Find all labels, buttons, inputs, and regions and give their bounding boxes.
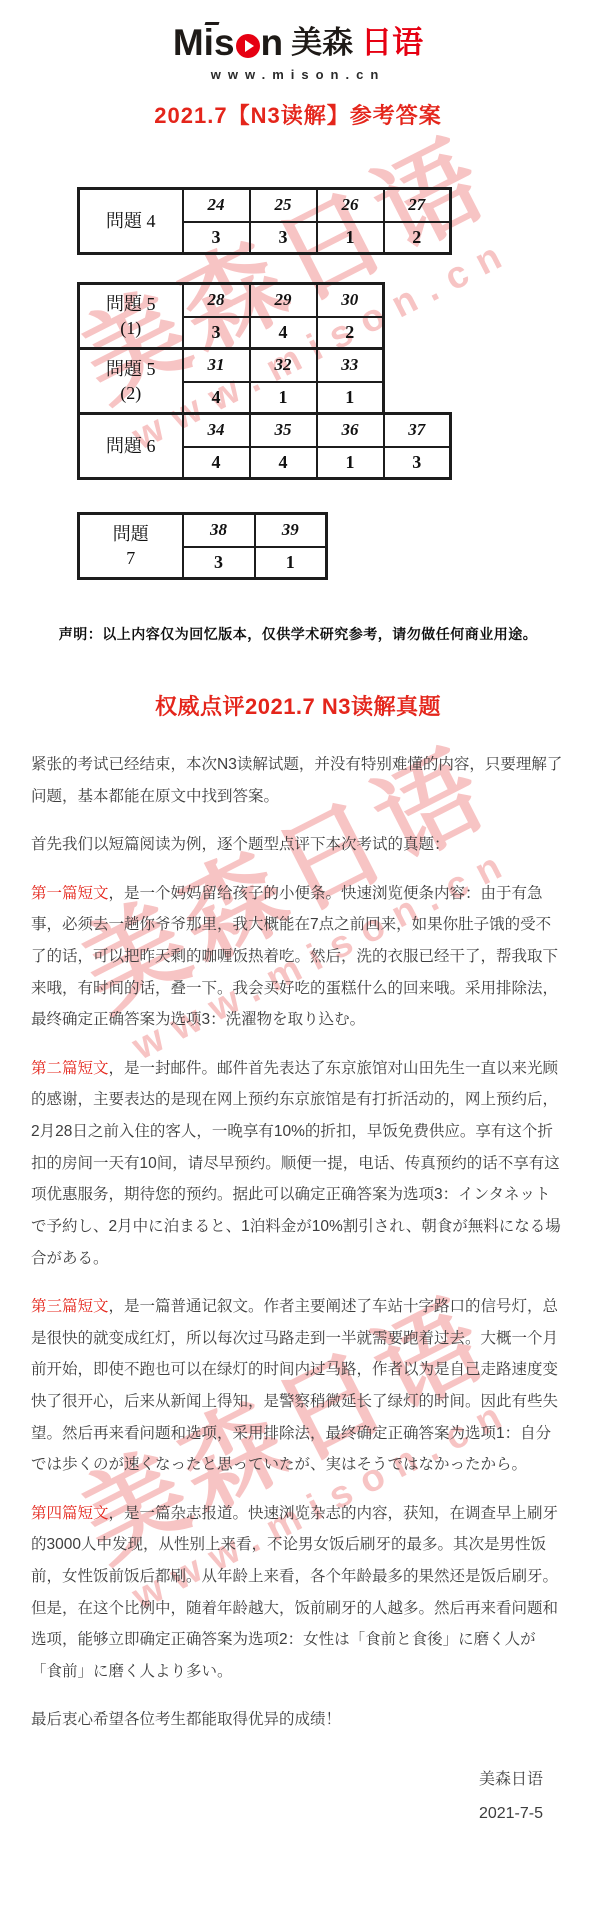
- paragraph-passage-1: 第一篇短文，是一个妈妈留给孩子的小便条。快速浏览便条内容：由于有急事，必须去一趟…: [31, 878, 565, 1036]
- question-cell: 29: [250, 284, 317, 317]
- question-cell: 38: [183, 514, 255, 547]
- passage-1-label: 第一篇短文: [31, 885, 109, 902]
- document-page: 美森日语 www.mison.cn 美森日语 www.mison.cn 美森日语…: [0, 0, 596, 1931]
- question-cell: 39: [255, 514, 327, 547]
- answer-table-q4: 問題 4 24 25 26 27 3 3 1 2: [77, 187, 452, 255]
- table-label: 問題 6: [79, 414, 183, 479]
- page-title: 2021.7【N3读解】参考答案: [0, 99, 596, 130]
- signature-name: 美森日语: [0, 1763, 543, 1797]
- graduation-cap-icon: [204, 22, 219, 25]
- question-cell: 24: [183, 189, 250, 222]
- question-cell: 35: [250, 414, 317, 447]
- paragraph-intro-1: 紧张的考试已经结束，本次N3读解试题，并没有特别难懂的内容，只要理解了问题，基本…: [31, 749, 565, 812]
- answer-cell: 3: [250, 222, 317, 254]
- question-cell: 31: [183, 349, 250, 382]
- question-cell: 27: [384, 189, 451, 222]
- question-cell: 34: [183, 414, 250, 447]
- question-cell: 33: [317, 349, 384, 382]
- answer-cell: 4: [250, 317, 317, 349]
- question-cell: 30: [317, 284, 384, 317]
- answer-cell: 4: [183, 382, 250, 414]
- answer-cell: 1: [317, 222, 384, 254]
- paragraph-passage-3: 第三篇短文，是一篇普通记叙文。作者主要阐述了车站十字路口的信号灯，总是很快的就变…: [31, 1291, 565, 1481]
- logo-cjk-black: 美森: [291, 27, 353, 58]
- passage-2-label: 第二篇短文: [31, 1060, 109, 1077]
- paragraph-intro-2: 首先我们以短篇阅读为例，逐个题型点评下本次考试的真题：: [31, 829, 565, 861]
- table-label: 問題 4: [79, 189, 183, 254]
- answer-cell: 1: [317, 382, 384, 414]
- paragraph-passage-4: 第四篇短文，是一篇杂志报道。快速浏览杂志的内容，获知，在调查早上刷牙的3000人…: [31, 1498, 565, 1688]
- signature-date: 2021-7-5: [0, 1797, 543, 1831]
- paragraph-closing: 最后衷心希望各位考生都能取得优异的成绩！: [31, 1704, 565, 1736]
- answer-cell: 2: [317, 317, 384, 349]
- answer-table-q5-1: 問題 5 (1) 28 29 30 3 4 2: [77, 282, 385, 350]
- question-cell: 32: [250, 349, 317, 382]
- disclaimer-text: 声明：以上内容仅为回忆版本，仅供学术研究参考，请勿做任何商业用途。: [0, 624, 596, 644]
- play-icon: [236, 34, 260, 58]
- brand-logo: Misn 美森日语: [0, 24, 596, 61]
- question-cell: 26: [317, 189, 384, 222]
- table-label: 問題 7: [79, 514, 183, 579]
- question-cell: 28: [183, 284, 250, 317]
- question-cell: 37: [384, 414, 451, 447]
- answer-table-q7: 問題 7 38 39 3 1: [77, 512, 328, 580]
- answer-cell: 3: [183, 317, 250, 349]
- answer-cell: 3: [183, 222, 250, 254]
- answer-cell: 2: [384, 222, 451, 254]
- passage-3-label: 第三篇短文: [31, 1298, 109, 1315]
- logo-wordmark: Misn: [173, 24, 283, 61]
- answer-cell: 3: [183, 547, 255, 579]
- table-label: 問題 5 (1): [79, 284, 183, 349]
- paragraph-passage-2: 第二篇短文，是一封邮件。邮件首先表达了东京旅馆对山田先生一直以来光顾的感谢，主要…: [31, 1053, 565, 1274]
- answer-cell: 4: [250, 447, 317, 479]
- header: Misn 美森日语 www.mison.cn 2021.7【N3读解】参考答案: [0, 0, 596, 130]
- answer-cell: 4: [183, 447, 250, 479]
- answer-cell: 3: [384, 447, 451, 479]
- answer-table-q5-2: 問題 5 (2) 31 32 33 4 1 1: [77, 347, 385, 415]
- answer-cell: 1: [255, 547, 327, 579]
- passage-4-label: 第四篇短文: [31, 1505, 109, 1522]
- table-label: 問題 5 (2): [79, 349, 183, 414]
- section-title: 权威点评2021.7 N3读解真题: [0, 690, 596, 721]
- website-url: www.mison.cn: [0, 67, 596, 82]
- logo-cjk-red: 日语: [361, 27, 423, 58]
- answer-table-group: 問題 5 (1) 28 29 30 3 4 2 問題 5 (2): [0, 282, 596, 480]
- signature-block: 美森日语 2021-7-5: [0, 1753, 596, 1830]
- question-cell: 25: [250, 189, 317, 222]
- answer-cell: 1: [317, 447, 384, 479]
- question-cell: 36: [317, 414, 384, 447]
- answer-cell: 1: [250, 382, 317, 414]
- answer-table-q6: 問題 6 34 35 36 37 4 4 1 3: [77, 412, 452, 480]
- commentary-section: 紧张的考试已经结束，本次N3读解试题，并没有特别难懂的内容，只要理解了问题，基本…: [0, 721, 596, 1736]
